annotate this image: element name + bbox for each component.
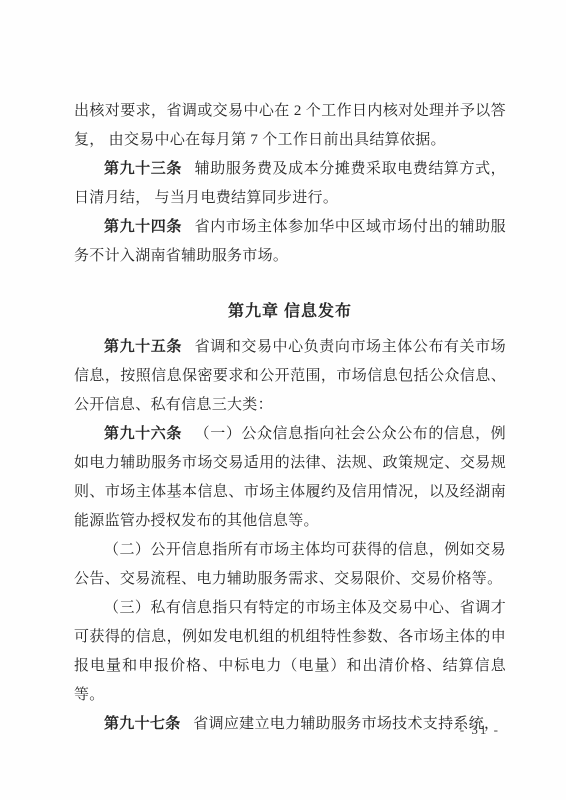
article-94-paragraph: 第九十四条省内市场主体参加华中区域市场付出的辅助服务不计入湖南省辅助服务市场。 bbox=[74, 213, 506, 271]
article-95-paragraph: 第九十五条省调和交易中心负责向市场主体公布有关市场信息，按照信息保密要求和公开范… bbox=[74, 333, 506, 420]
article-97-number: 第九十七条 bbox=[104, 716, 181, 732]
article-96-paragraph: 第九十六条（一）公众信息指向社会公众公布的信息，例如电力辅助服务市场交易适用的法… bbox=[74, 420, 506, 536]
paragraph-continuation: 出核对要求，省调或交易中心在 2 个工作日内核对处理并予以答复， 由交易中心在每… bbox=[74, 97, 506, 155]
paragraph-public-info: （二）公开信息指所有市场主体均可获得的信息，例如交易公告、交易流程、电力辅助服务… bbox=[74, 536, 506, 594]
article-95-number: 第九十五条 bbox=[104, 339, 182, 355]
article-97-paragraph: 第九十七条省调应建立电力辅助服务市场技术支持系统， bbox=[74, 710, 506, 739]
page-number: - 31 - bbox=[460, 722, 500, 738]
article-93-paragraph: 第九十三条辅助服务费及成本分摊费采取电费结算方式，日清月结， 与当月电费结算同步… bbox=[74, 155, 506, 213]
article-94-number: 第九十四条 bbox=[104, 219, 182, 235]
article-93-number: 第九十三条 bbox=[104, 161, 182, 177]
document-page: 出核对要求，省调或交易中心在 2 个工作日内核对处理并予以答复， 由交易中心在每… bbox=[0, 0, 566, 800]
article-97-text: 省调应建立电力辅助服务市场技术支持系统， bbox=[193, 716, 499, 732]
body-text: 出核对要求，省调或交易中心在 2 个工作日内核对处理并予以答复， 由交易中心在每… bbox=[74, 97, 506, 739]
article-96-number: 第九十六条 bbox=[104, 426, 182, 442]
chapter-9-heading: 第九章 信息发布 bbox=[74, 297, 506, 326]
paragraph-private-info: （三）私有信息指只有特定的市场主体及交易中心、省调才可获得的信息，例如发电机组的… bbox=[74, 594, 506, 710]
